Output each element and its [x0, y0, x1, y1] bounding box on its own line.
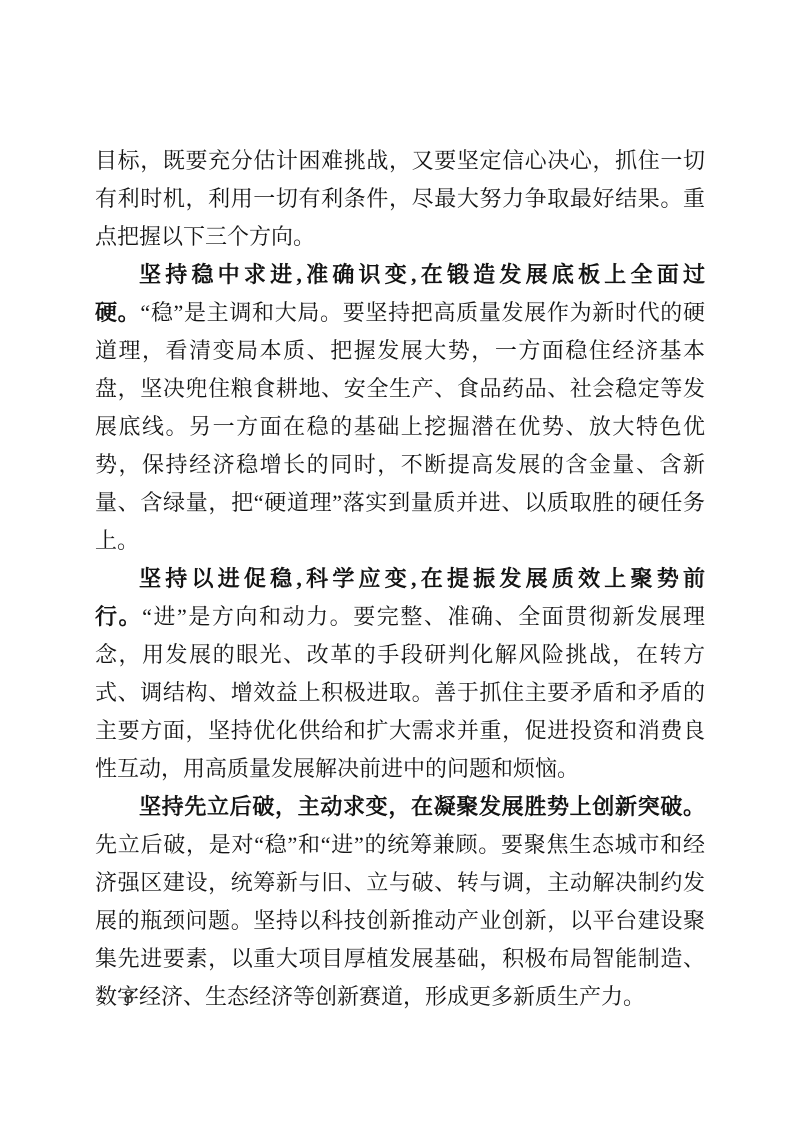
paragraph-lead: 坚持先立后破，主动求变，在凝聚发展胜势上创新突破。: [139, 794, 705, 819]
paragraph: 坚持稳中求进,准确识变,在锻造发展底板上全面过硬。“稳”是主调和大局。要坚持把高…: [95, 256, 705, 560]
document-page: 目标，既要充分估计困难挑战，又要坚定信心决心，抓住一切有利时机，利用一切有利条件…: [0, 0, 792, 1121]
page-number: - 8 -: [100, 986, 163, 1009]
paragraph-text: “进”是方向和动力。要完整、准确、全面贯彻新发展理念，用发展的眼光、改革的手段研…: [95, 604, 705, 781]
paragraph: 目标，既要充分估计困难挑战，又要坚定信心决心，抓住一切有利时机，利用一切有利条件…: [95, 142, 705, 256]
paragraph: 坚持先立后破，主动求变，在凝聚发展胜势上创新突破。先立后破，是对“稳”和“进”的…: [95, 788, 705, 1016]
paragraph: 坚持以进促稳,科学应变,在提振发展质效上聚势前行。“进”是方向和动力。要完整、准…: [95, 560, 705, 788]
document-body: 目标，既要充分估计困难挑战，又要坚定信心决心，抓住一切有利时机，利用一切有利条件…: [95, 142, 705, 1016]
paragraph-text: “稳”是主调和大局。要坚持把高质量发展作为新时代的硬道理，看清变局本质、把握发展…: [95, 300, 705, 553]
paragraph-text: 目标，既要充分估计困难挑战，又要坚定信心决心，抓住一切有利时机，利用一切有利条件…: [95, 148, 705, 249]
paragraph-text: 先立后破，是对“稳”和“进”的统筹兼顾。要聚焦生态城市和经济强区建设，统筹新与旧…: [95, 832, 705, 1009]
